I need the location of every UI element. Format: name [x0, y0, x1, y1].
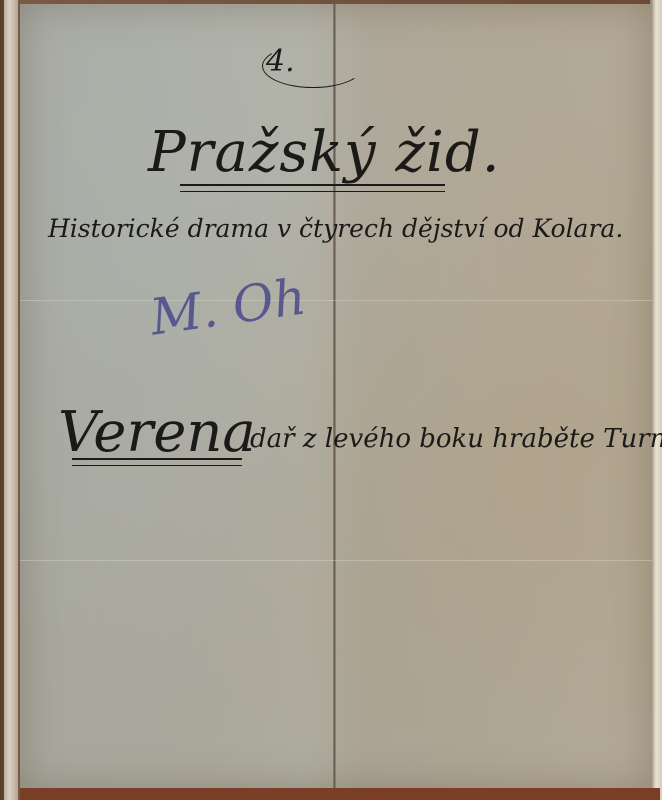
bottom-edge: [20, 788, 660, 800]
binding-edge-left: [4, 0, 18, 800]
role-name: Verena: [58, 400, 256, 465]
crease: [20, 560, 652, 561]
role-description: dař z levého boku hraběte Turna.: [250, 424, 662, 454]
role-underline: [72, 458, 242, 466]
document-subtitle: Historické drama v čtyrech dějství od Ko…: [48, 214, 623, 243]
crease: [20, 300, 652, 301]
title-underline: [180, 184, 445, 192]
document-number: 4.: [266, 44, 295, 79]
document-title: Pražský žid.: [148, 120, 501, 185]
